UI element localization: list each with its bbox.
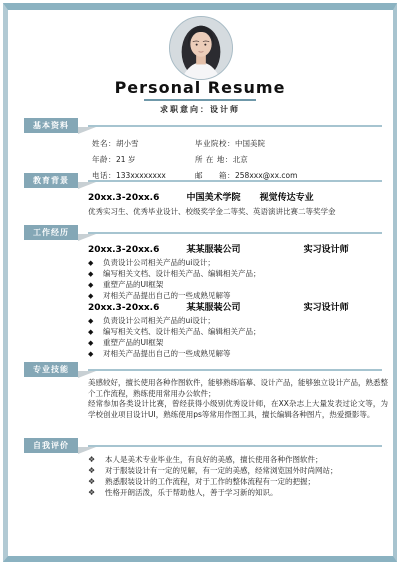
evaluation-bullet: ❖熟悉服装设计的工作流程，对于工作的整体流程有一定的把握； (88, 477, 384, 488)
job-intention: 求职意向：设计师 (0, 104, 400, 115)
section-basic-info: 基本资料 姓名：胡小雪 毕业院校：中国美院 年龄：21 岁 所 在 地：北京 电… (0, 118, 400, 119)
work-entry: 20xx.3-20xx.6 某某服装公司 实习设计师 ◆负责设计公司相关产品的u… (88, 300, 384, 360)
section-tab-basic-info: 基本资料 (24, 118, 78, 133)
work-company: 某某服装公司 (187, 303, 241, 313)
tab-fold-decoration (78, 447, 96, 454)
work-period: 20xx.3-20xx.6 (88, 245, 159, 255)
section-tab-education: 教育背景 (24, 173, 78, 188)
section-work-experience: 工作经历 20xx.3-20xx.6 某某服装公司 实习设计师 ◆负责设计公司相… (0, 225, 400, 226)
work-position: 实习设计师 (304, 303, 349, 313)
section-tab-skills: 专业技能 (24, 362, 78, 377)
info-field-location: 所 在 地：北京 (195, 154, 376, 165)
work-bullet: ◆重塑产品的UI框架 (88, 280, 384, 291)
evaluation-bullet: ❖本人是美术专业毕业生，有良好的美感，擅长使用各种作图软件； (88, 455, 384, 466)
diamond-bullet-icon: ◆ (88, 258, 103, 268)
work-entry-header: 20xx.3-20xx.6 某某服装公司 实习设计师 (88, 300, 384, 313)
work-entry: 20xx.3-20xx.6 某某服装公司 实习设计师 ◆负责设计公司相关产品的u… (88, 242, 384, 302)
work-bullet-list: ◆负责设计公司相关产品的ui设计； ◆编写相关文档、设计相关产品、编辑相关产品；… (88, 316, 384, 360)
basic-info-grid: 姓名：胡小雪 毕业院校：中国美院 年龄：21 岁 所 在 地：北京 电话：133… (92, 138, 376, 181)
work-bullet-list: ◆负责设计公司相关产品的ui设计； ◆编写相关文档、设计相关产品、编辑相关产品；… (88, 258, 384, 302)
info-field-name: 姓名：胡小雪 (92, 138, 195, 149)
education-major: 视觉传达专业 (260, 193, 314, 203)
avatar (169, 16, 233, 80)
diamond-bullet-icon: ◆ (88, 316, 103, 326)
avatar-photo-illustration (170, 17, 232, 79)
florette-bullet-icon: ❖ (88, 488, 105, 498)
evaluation-bullet: ❖对于服装设计有一定的见解，有一定的美感，经常浏览国外时尚网站； (88, 466, 384, 477)
diamond-bullet-icon: ◆ (88, 349, 103, 359)
info-field-age: 年龄：21 岁 (92, 154, 195, 165)
diamond-bullet-icon: ◆ (88, 338, 103, 348)
resume-page: Personal Resume 求职意向：设计师 基本资料 姓名：胡小雪 毕业院… (0, 0, 400, 565)
florette-bullet-icon: ❖ (88, 455, 105, 465)
diamond-bullet-icon: ◆ (88, 280, 103, 290)
education-period: 20xx.3-20xx.6 (88, 193, 159, 203)
florette-bullet-icon: ❖ (88, 477, 105, 487)
work-period: 20xx.3-20xx.6 (88, 303, 159, 313)
diamond-bullet-icon: ◆ (88, 269, 103, 279)
work-bullet: ◆负责设计公司相关产品的ui设计； (88, 258, 384, 269)
section-skills: 专业技能 美感较好，擅长使用各种作图软件，能够熟练临摹、设计产品，能够独立设计产… (0, 362, 400, 363)
section-education: 教育背景 20xx.3-20xx.6 中国美术学院 视觉传达专业 优秀实习生、优… (0, 173, 400, 174)
info-field-school: 毕业院校：中国美院 (195, 138, 376, 149)
florette-bullet-icon: ❖ (88, 466, 105, 476)
section-rule (88, 369, 382, 371)
work-bullet: ◆编写相关文档、设计相关产品、编辑相关产品； (88, 327, 384, 338)
section-rule (88, 180, 382, 182)
skills-paragraph: 美感较好，擅长使用各种作图软件，能够熟练临摹、设计产品，能够独立设计产品，熟悉整… (88, 378, 388, 399)
education-school: 中国美术学院 (187, 193, 241, 203)
section-rule (88, 125, 382, 127)
page-title: Personal Resume (0, 78, 400, 97)
title-underline (144, 99, 256, 101)
tab-fold-decoration (78, 234, 96, 241)
education-entry-header: 20xx.3-20xx.6 中国美术学院 视觉传达专业 (88, 190, 384, 203)
work-bullet: ◆重塑产品的UI框架 (88, 338, 384, 349)
section-rule (88, 445, 382, 447)
tab-fold-decoration (78, 182, 96, 189)
work-bullet: ◆编写相关文档、设计相关产品、编辑相关产品； (88, 269, 384, 280)
education-entry: 20xx.3-20xx.6 中国美术学院 视觉传达专业 优秀实习生、优秀毕业设计… (88, 190, 384, 217)
skills-paragraph: 经常参加各类设计比赛，曾经获得小级别优秀设计师，在XX杂志上大量发表过论文等，为… (88, 399, 388, 420)
work-company: 某某服装公司 (187, 245, 241, 255)
education-honors: 优秀实习生、优秀毕业设计、校级奖学金二等奖、英语演讲比赛二等奖学金 (88, 207, 344, 217)
work-bullet: ◆对相关产品提出自己的一些成熟见解等 (88, 349, 384, 360)
evaluation-bullet-list: ❖本人是美术专业毕业生，有良好的美感，擅长使用各种作图软件； ❖对于服装设计有一… (88, 455, 384, 499)
tab-fold-decoration (78, 127, 96, 134)
skills-text: 美感较好，擅长使用各种作图软件，能够熟练临摹、设计产品，能够独立设计产品，熟悉整… (88, 378, 388, 420)
evaluation-bullet: ❖性格开朗活泼，乐于帮助他人，善于学习新的知识。 (88, 488, 384, 499)
section-tab-work: 工作经历 (24, 225, 78, 240)
work-position: 实习设计师 (304, 245, 349, 255)
section-self-evaluation: 自我评价 ❖本人是美术专业毕业生，有良好的美感，擅长使用各种作图软件； ❖对于服… (0, 438, 400, 439)
tab-fold-decoration (78, 371, 96, 378)
section-rule (88, 232, 382, 234)
section-tab-evaluation: 自我评价 (24, 438, 78, 453)
work-bullet: ◆负责设计公司相关产品的ui设计； (88, 316, 384, 327)
work-entry-header: 20xx.3-20xx.6 某某服装公司 实习设计师 (88, 242, 384, 255)
diamond-bullet-icon: ◆ (88, 327, 103, 337)
